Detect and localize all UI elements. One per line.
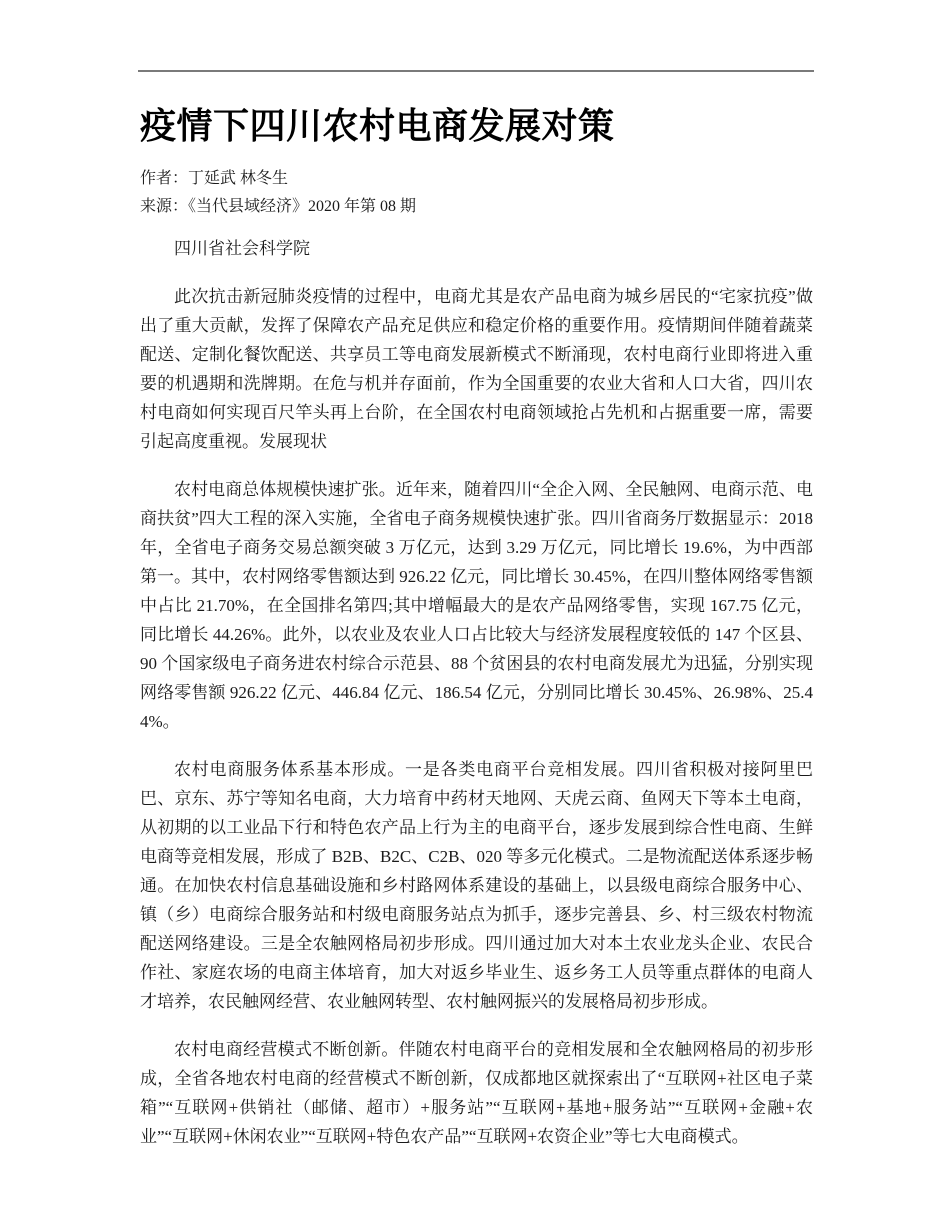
- paragraph-business-models: 农村电商经营模式不断创新。伴随农村电商平台的竞相发展和全农触网格局的初步形成，全…: [140, 1035, 813, 1151]
- article-title: 疫情下四川农村电商发展对策: [140, 104, 813, 148]
- paragraph-intro: 此次抗击新冠肺炎疫情的过程中，电商尤其是农产品电商为城乡居民的“宅家抗疫”做出了…: [140, 282, 813, 456]
- source-line: 来源：《当代县域经济》2020 年第 08 期: [140, 193, 813, 221]
- author-line: 作者：丁延武 林冬生: [140, 165, 813, 193]
- paragraph-service-system: 农村电商服务体系基本形成。一是各类电商平台竞相发展。四川省积极对接阿里巴巴、京东…: [140, 755, 813, 1016]
- top-divider: [138, 70, 814, 72]
- document-page: 疫情下四川农村电商发展对策 作者：丁延武 林冬生 来源：《当代县域经济》2020…: [0, 0, 950, 1230]
- affiliation-line: 四川省社会科学院: [140, 234, 813, 263]
- paragraph-scale-expansion: 农村电商总体规模快速扩张。近年来，随着四川“全企入网、全民触网、电商示范、电商扶…: [140, 475, 813, 736]
